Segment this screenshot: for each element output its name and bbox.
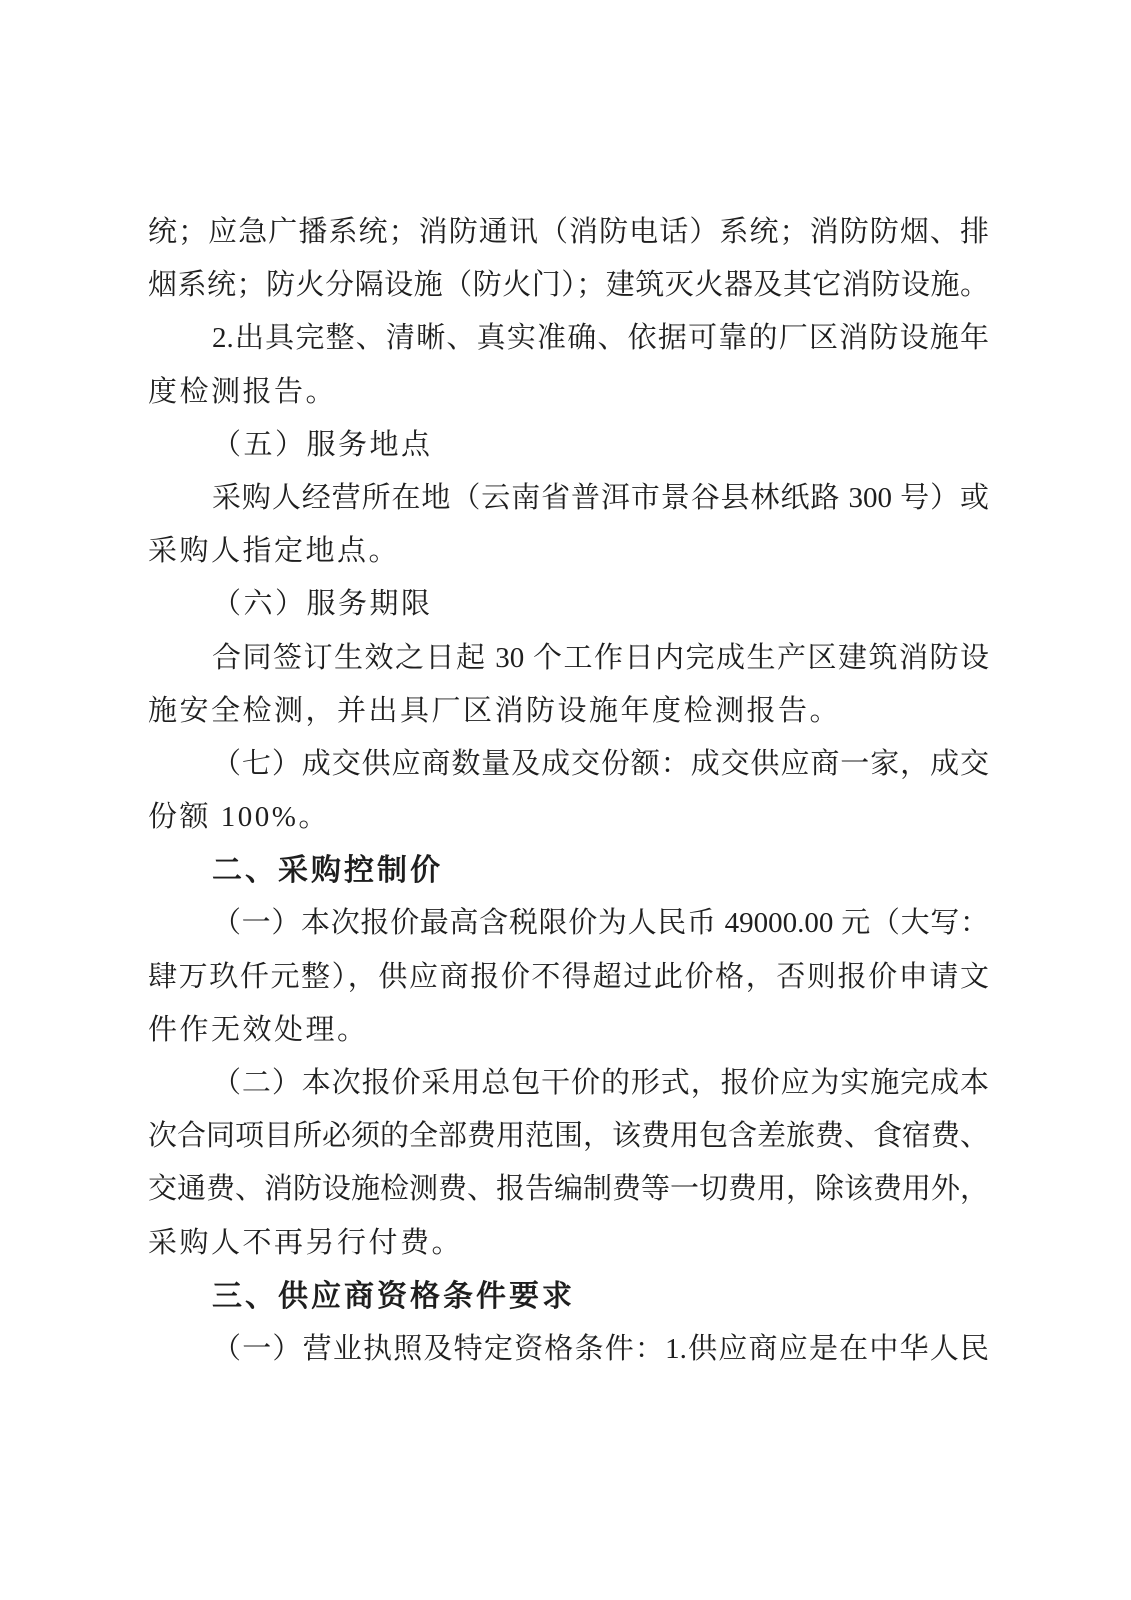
text-line: 交通费、消防设施检测费、报告编制费等一切费用，除该费用外， [148,1163,989,1216]
document-body: 统；应急广播系统；消防通讯（消防电话）系统；消防防烟、排烟系统；防火分隔设施（防… [148,206,989,1376]
text-line: （六）服务期限 [148,578,989,631]
text-line: （五）服务地点 [148,419,989,472]
text-line: 统；应急广播系统；消防通讯（消防电话）系统；消防防烟、排 [148,206,989,259]
section-heading: 三、供应商资格条件要求 [148,1270,989,1323]
text-line: 采购人指定地点。 [148,525,989,578]
text-line: 份额 100%。 [148,791,989,844]
text-line: 采购人经营所在地（云南省普洱市景谷县林纸路 300 号）或 [148,472,989,525]
section-heading: 二、采购控制价 [148,844,989,897]
text-line: 烟系统；防火分隔设施（防火门）；建筑灭火器及其它消防设施。 [148,259,989,312]
text-line: 施安全检测，并出具厂区消防设施年度检测报告。 [148,685,989,738]
text-line: 合同签订生效之日起 30 个工作日内完成生产区建筑消防设 [148,632,989,685]
text-line: 肆万玖仟元整），供应商报价不得超过此价格，否则报价申请文 [148,951,989,1004]
text-line: 件作无效处理。 [148,1004,989,1057]
text-line: （一）营业执照及特定资格条件：1.供应商应是在中华人民 [148,1323,989,1376]
text-line: （七）成交供应商数量及成交份额：成交供应商一家，成交 [148,738,989,791]
text-line: （二）本次报价采用总包干价的形式，报价应为实施完成本 [148,1057,989,1110]
text-line: 度检测报告。 [148,366,989,419]
text-line: 采购人不再另行付费。 [148,1217,989,1270]
text-line: （一）本次报价最高含税限价为人民币 49000.00 元（大写： [148,897,989,950]
text-line: 2.出具完整、清晰、真实准确、依据可靠的厂区消防设施年 [148,312,989,365]
document-page: 统；应急广播系统；消防通讯（消防电话）系统；消防防烟、排烟系统；防火分隔设施（防… [0,0,1131,1600]
text-line: 次合同项目所必须的全部费用范围，该费用包含差旅费、食宿费、 [148,1110,989,1163]
